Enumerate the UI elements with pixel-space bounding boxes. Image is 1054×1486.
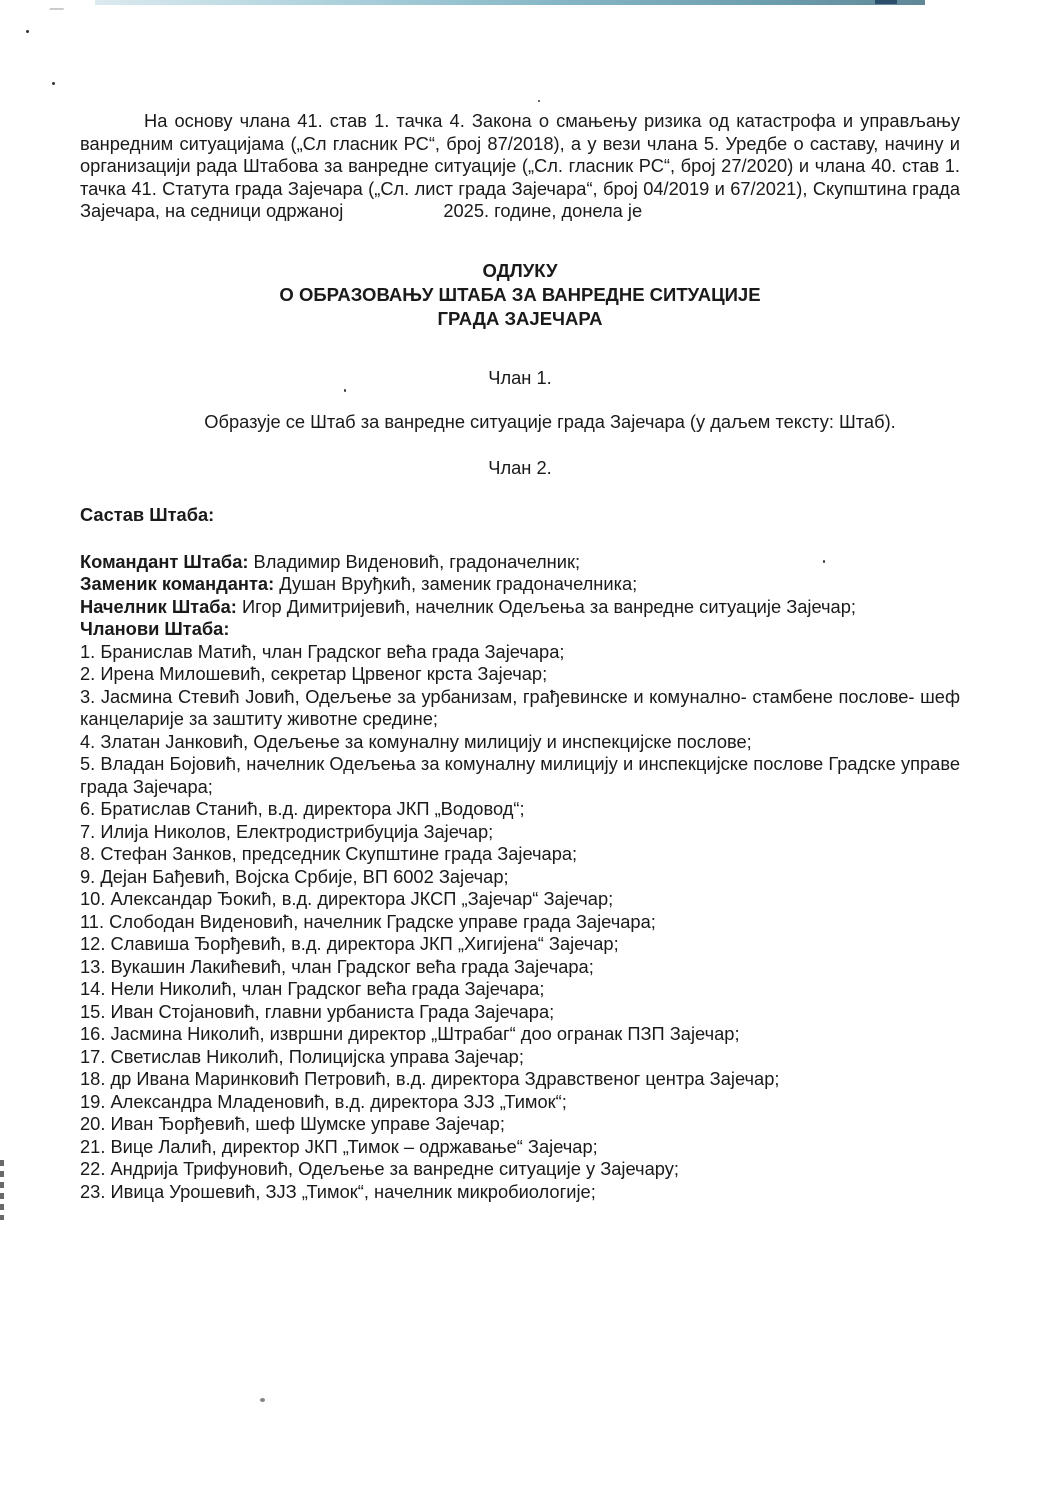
scan-artifact-top-mark bbox=[875, 0, 897, 4]
member-list-item: 1. Бранислав Матић, члан Градског већа г… bbox=[80, 641, 960, 664]
scan-speck bbox=[26, 30, 29, 33]
preamble: На основу члана 41. став 1. тачка 4. Зак… bbox=[80, 110, 960, 223]
scan-speck bbox=[260, 1398, 265, 1402]
member-list-item: 16. Јасмина Николић, извршни директор „Ш… bbox=[80, 1023, 960, 1046]
member-list-item: 20. Иван Ђорђевић, шеф Шумске управе Зај… bbox=[80, 1113, 960, 1136]
member-list-item: 23. Ивица Урошевић, ЗЈЗ „Тимок“, начелни… bbox=[80, 1181, 960, 1204]
member-list-item: 9. Дејан Бађевић, Војска Србије, ВП 6002… bbox=[80, 866, 960, 889]
role-value: Владимир Виденовић, градоначелник; bbox=[248, 551, 580, 572]
member-list-item: 18. др Ивана Маринковић Петровић, в.д. д… bbox=[80, 1068, 960, 1091]
member-list-item: 22. Андрија Трифуновић, Одељење за ванре… bbox=[80, 1158, 960, 1181]
scan-artifact-corner bbox=[49, 0, 69, 10]
leadership-roles: Командант Штаба: Владимир Виденовић, гра… bbox=[80, 551, 960, 641]
scan-speck bbox=[538, 100, 540, 102]
member-list-item: 19. Александра Младеновић, в.д. директор… bbox=[80, 1091, 960, 1114]
member-list-item: 5. Владан Бојовић, начелник Одељења за к… bbox=[80, 753, 960, 798]
member-list-item: 2. Ирена Милошевић, секретар Црвеног крс… bbox=[80, 663, 960, 686]
role-commander: Командант Штаба: Владимир Виденовић, гра… bbox=[80, 551, 960, 574]
member-list-item: 8. Стефан Занков, председник Скупштине г… bbox=[80, 843, 960, 866]
title-line-1: ОДЛУКУ bbox=[80, 259, 960, 283]
decision-title: ОДЛУКУ О ОБРАЗОВАЊУ ШТАБА ЗА ВАНРЕДНЕ СИ… bbox=[80, 259, 960, 331]
member-list-item: 11. Слободан Виденовић, начелник Градске… bbox=[80, 911, 960, 934]
member-list-item: 21. Вице Лалић, директор ЈКП „Тимок – од… bbox=[80, 1136, 960, 1159]
role-label: Заменик команданта: bbox=[80, 573, 274, 594]
members-list: 1. Бранислав Матић, члан Градског већа г… bbox=[80, 641, 960, 1204]
member-list-item: 17. Светислав Николић, Полицијска управа… bbox=[80, 1046, 960, 1069]
preamble-text-end: 2025. године, донела је bbox=[443, 200, 642, 221]
role-deputy-commander: Заменик команданта: Душан Вруђкић, замен… bbox=[80, 573, 960, 596]
member-list-item: 6. Братислав Станић, в.д. директора ЈКП … bbox=[80, 798, 960, 821]
member-list-item: 13. Вукашин Лакићевић, члан Градског већ… bbox=[80, 956, 960, 979]
title-line-3: ГРАДА ЗАЈЕЧАРА bbox=[80, 307, 960, 331]
member-list-item: 14. Нели Николић, члан Градског већа гра… bbox=[80, 978, 960, 1001]
member-list-item: 3. Јасмина Стевић Јовић, Одељење за урба… bbox=[80, 686, 960, 731]
member-list-item: 4. Златан Јанковић, Одељење за комуналну… bbox=[80, 731, 960, 754]
member-list-item: 10. Александар Ђокић, в.д. директора ЈКС… bbox=[80, 888, 960, 911]
scan-speck bbox=[52, 82, 55, 85]
role-value: Душан Вруђкић, заменик градоначелника; bbox=[274, 573, 637, 594]
member-list-item: 15. Иван Стојановић, главни урбаниста Гр… bbox=[80, 1001, 960, 1024]
document-page: На основу члана 41. став 1. тачка 4. Зак… bbox=[80, 110, 960, 1203]
composition-heading: Састав Штаба: bbox=[80, 504, 960, 527]
article-1-text: Образује се Штаб за ванредне ситуације г… bbox=[80, 411, 960, 434]
role-value: Игор Димитријевић, начелник Одељења за в… bbox=[237, 596, 856, 617]
article-2-heading: Члан 2. bbox=[80, 457, 960, 480]
role-label: Начелник Штаба: bbox=[80, 596, 237, 617]
member-list-item: 12. Славиша Ђорђевић, в.д. директора ЈКП… bbox=[80, 933, 960, 956]
role-chief-of-staff: Начелник Штаба: Игор Димитријевић, начел… bbox=[80, 596, 960, 619]
role-label: Командант Штаба: bbox=[80, 551, 248, 572]
title-line-2: О ОБРАЗОВАЊУ ШТАБА ЗА ВАНРЕДНЕ СИТУАЦИЈЕ bbox=[80, 283, 960, 307]
members-heading: Чланови Штаба: bbox=[80, 618, 960, 641]
article-1-heading: Члан 1. bbox=[80, 367, 960, 390]
scan-artifact-top-bar bbox=[95, 0, 925, 5]
scan-artifact-margin-marks bbox=[0, 1160, 4, 1220]
member-list-item: 7. Илија Николов, Електродистрибуција За… bbox=[80, 821, 960, 844]
